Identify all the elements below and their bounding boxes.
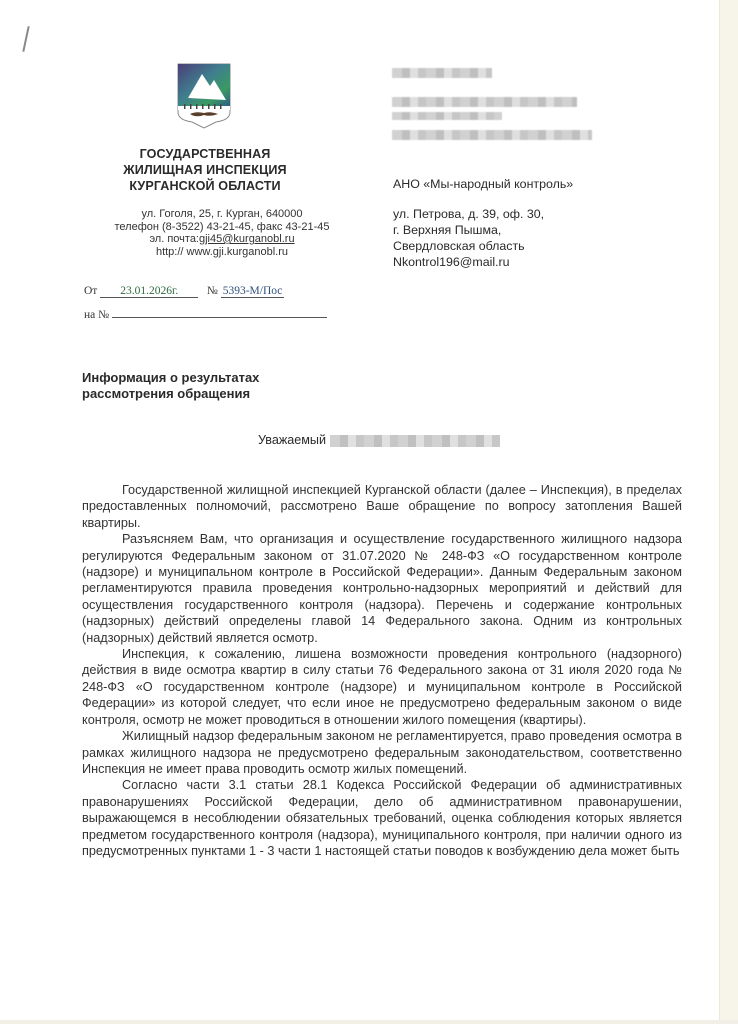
recipient-email: Nkontrol196@mail.ru	[393, 254, 573, 270]
page-bottom-edge	[0, 1020, 738, 1024]
redacted-addressee-name	[330, 435, 500, 447]
reply-to-row: на №	[84, 307, 364, 329]
reply-number-blank	[112, 307, 327, 318]
pen-mark	[22, 26, 29, 52]
recipient-block: АНО «Мы-народный контроль» ул. Петрова, …	[393, 176, 573, 270]
org-name-line: ЖИЛИЩНАЯ ИНСПЕКЦИЯ	[110, 162, 300, 178]
date-label: От	[84, 285, 97, 297]
redacted-recipient-address-line	[392, 130, 592, 140]
outgoing-date: 23.01.2026г.	[100, 285, 198, 298]
body-paragraph: Разъясняем Вам, что организация и осущес…	[82, 531, 682, 646]
recipient-address-line: г. Верхняя Пышма,	[393, 222, 573, 238]
body-paragraph: Инспекция, к сожалению, лишена возможнос…	[82, 646, 682, 728]
letter-subject: Информация о результатах рассмотрения об…	[82, 370, 259, 402]
greeting-prefix: Уважаемый	[258, 433, 326, 447]
subject-line: Информация о результатах	[82, 370, 259, 386]
recipient-address-line: Свердловская область	[393, 238, 573, 254]
letter-body: Государственной жилищной инспекцией Кург…	[82, 482, 682, 859]
issuer-phone: телефон (8-3522) 43-21-45, факс 43-21-45	[92, 221, 352, 234]
email-label: эл. почта:	[149, 233, 199, 245]
issuer-email-link[interactable]: gji45@kurganobl.ru	[199, 233, 295, 245]
body-paragraph: Жилищный надзор федеральным законом не р…	[82, 728, 682, 777]
recipient-address-line: ул. Петрова, д. 39, оф. 30,	[393, 206, 573, 222]
redacted-recipient-name	[392, 68, 492, 78]
redacted-recipient-address-line	[392, 97, 577, 107]
outgoing-registration: От 23.01.2026г. № 5393-М/Пос на №	[84, 285, 364, 329]
subject-line: рассмотрения обращения	[82, 386, 259, 402]
issuer-street: ул. Гоголя, 25, г. Курган, 640000	[92, 208, 352, 221]
issuer-email-line: эл. почта:gji45@kurganobl.ru	[92, 233, 352, 246]
redacted-recipient-address-line	[392, 112, 502, 120]
org-name-line: ГОСУДАРСТВЕННАЯ	[110, 146, 300, 162]
greeting: Уважаемый	[258, 433, 500, 447]
number-label: №	[207, 285, 218, 297]
recipient-organization: АНО «Мы-народный контроль»	[393, 176, 573, 192]
org-name-line: КУРГАНСКОЙ ОБЛАСТИ	[110, 178, 300, 194]
page-edge	[719, 0, 738, 1024]
reply-label: на №	[84, 309, 109, 321]
issuer-website-link[interactable]: http:// www.gji.kurganobl.ru	[92, 246, 352, 259]
coat-of-arms-icon	[176, 62, 232, 130]
outgoing-date-row: От 23.01.2026г. № 5393-М/Пос	[84, 285, 364, 307]
issuer-organization-name: ГОСУДАРСТВЕННАЯ ЖИЛИЩНАЯ ИНСПЕКЦИЯ КУРГА…	[110, 146, 300, 194]
body-paragraph: Согласно части 3.1 статьи 28.1 Кодекса Р…	[82, 777, 682, 859]
body-paragraph: Государственной жилищной инспекцией Кург…	[82, 482, 682, 531]
outgoing-number: 5393-М/Пос	[221, 285, 285, 298]
issuer-contacts: ул. Гоголя, 25, г. Курган, 640000 телефо…	[92, 208, 352, 258]
